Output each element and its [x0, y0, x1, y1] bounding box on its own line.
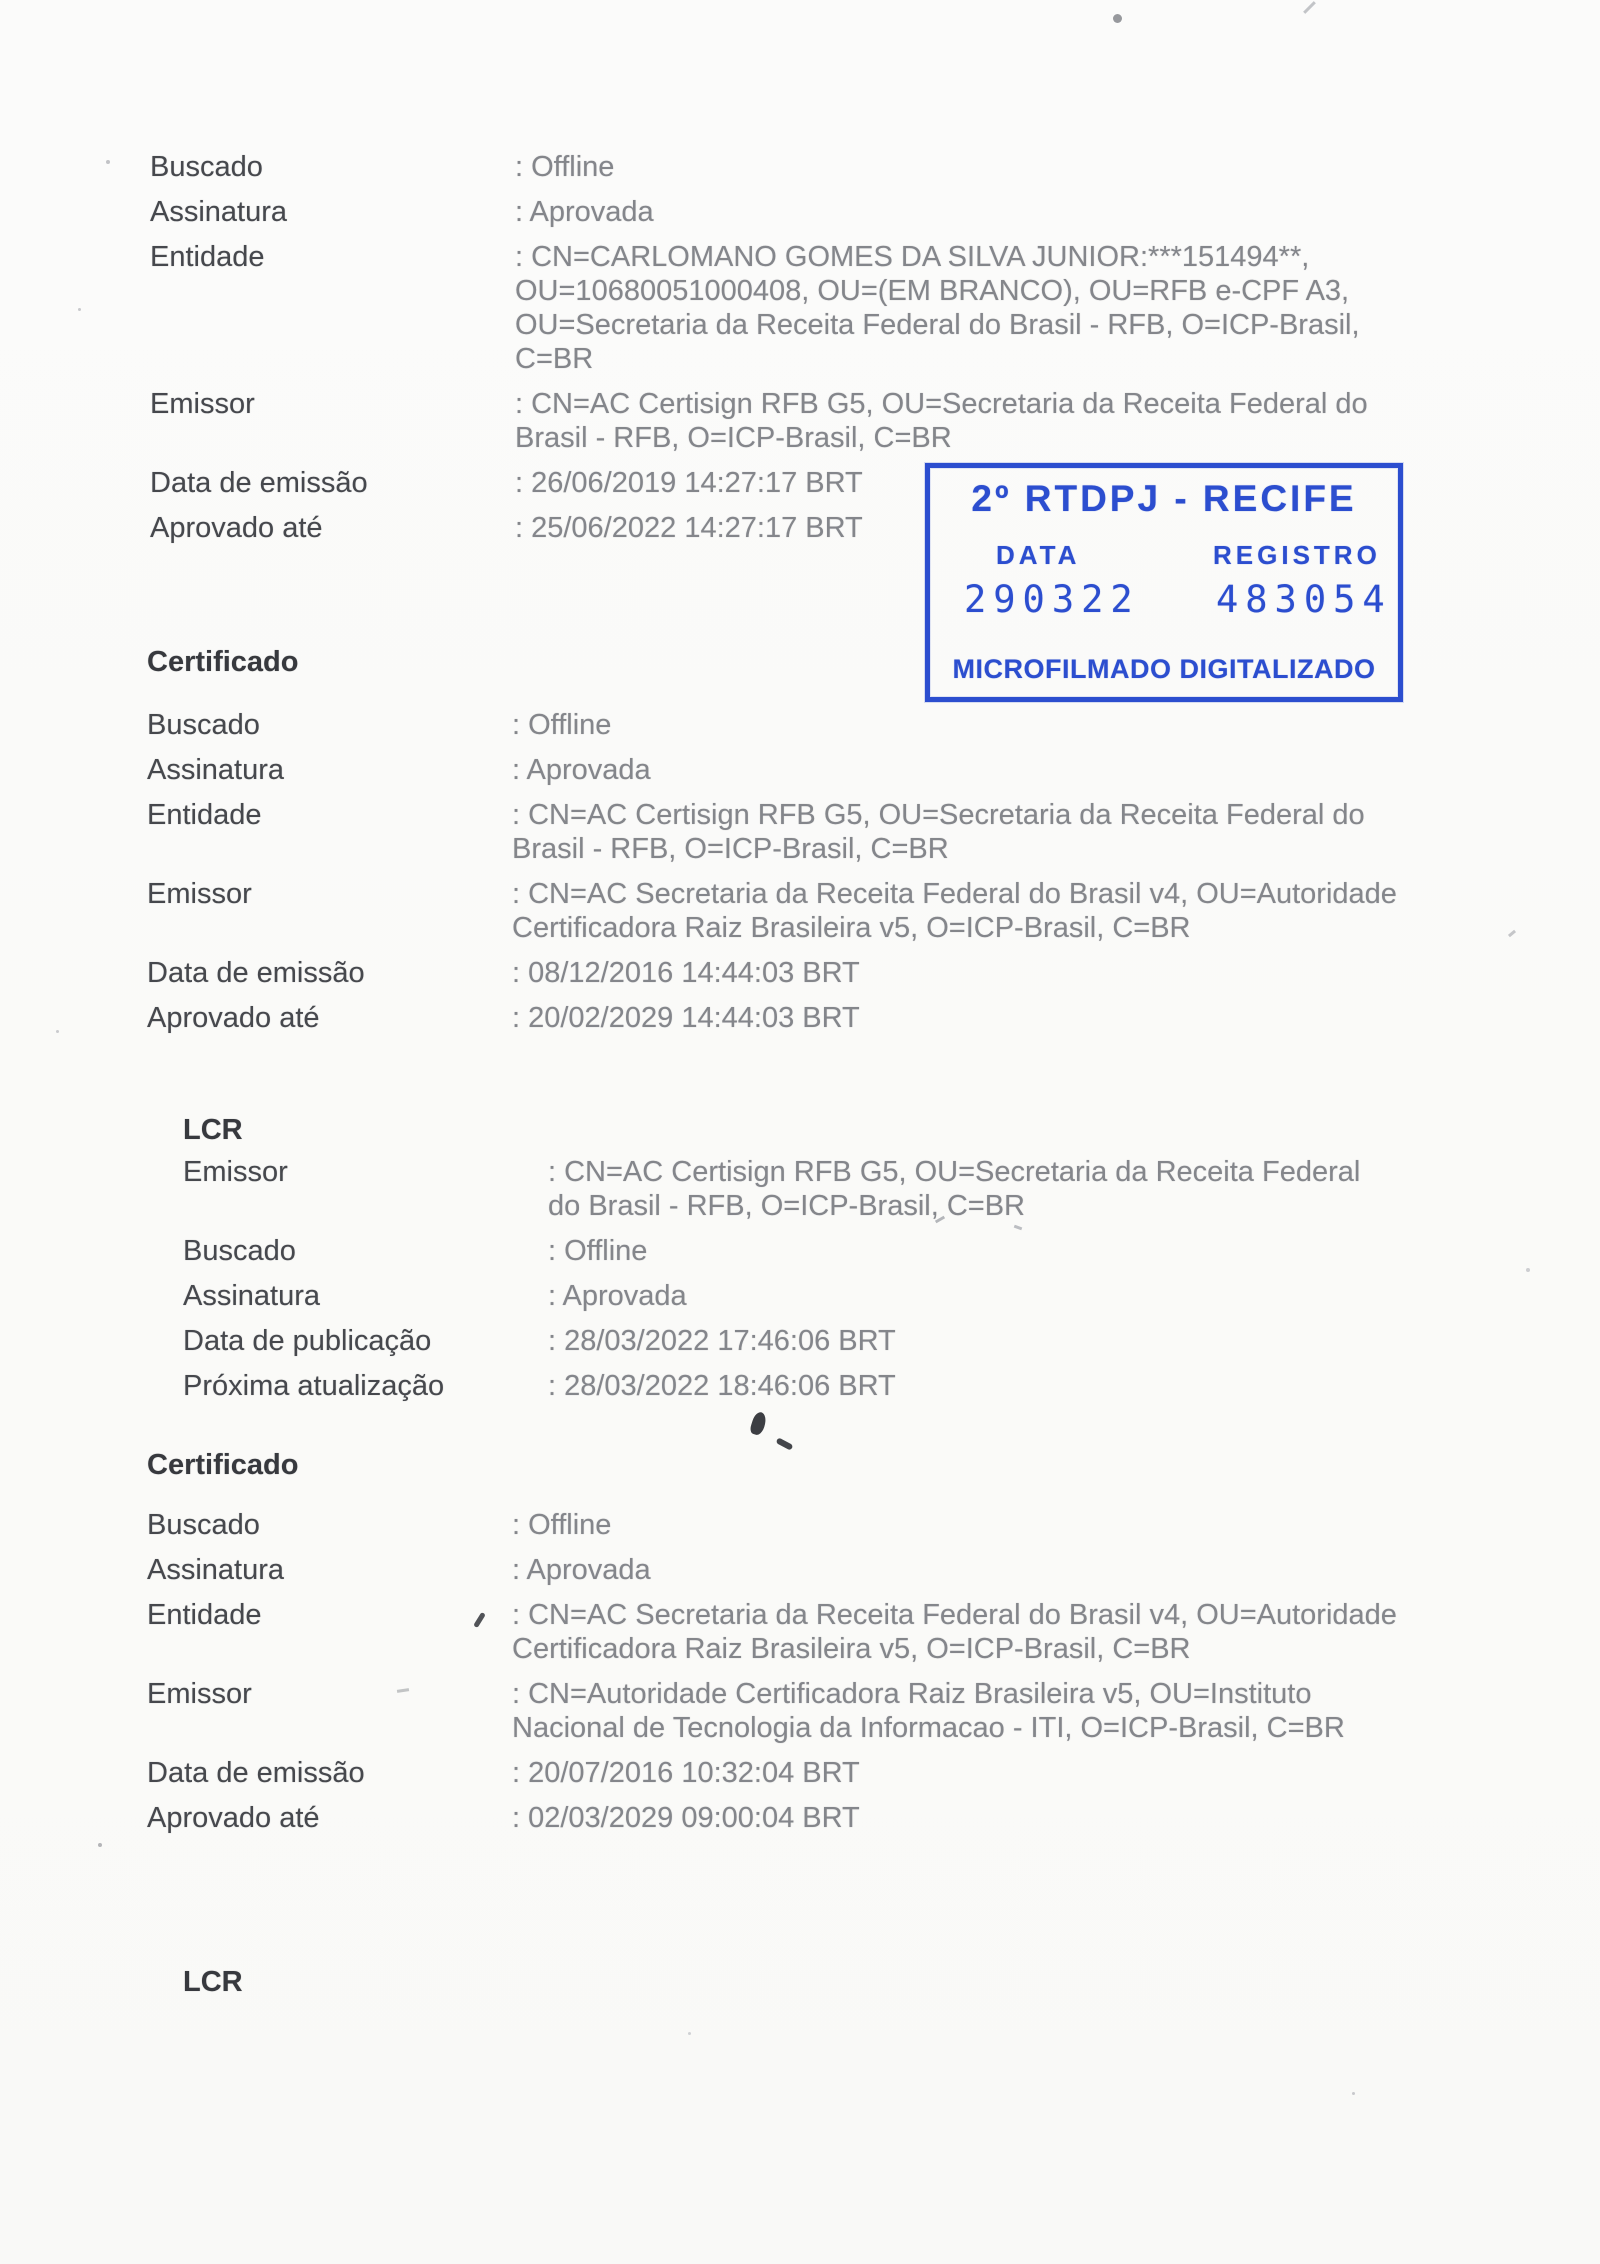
- field-row: Assinatura: Aprovada: [183, 1279, 1360, 1313]
- field-value: : 28/03/2022 18:46:06 BRT: [548, 1369, 896, 1403]
- field-label: Assinatura: [150, 195, 515, 229]
- field-value-line: Certificadora Raiz Brasileira v5, O=ICP-…: [512, 911, 1397, 945]
- field-value-line: do Brasil - RFB, O=ICP-Brasil, C=BR: [548, 1189, 1360, 1223]
- field-value: : Aprovada: [512, 1553, 651, 1587]
- field-label: Aprovado até: [150, 511, 515, 545]
- field-value-line: : CN=CARLOMANO GOMES DA SILVA JUNIOR:***…: [515, 240, 1360, 274]
- field-value-line: : Aprovada: [515, 195, 654, 229]
- field-row: Buscado: Offline: [147, 708, 1397, 742]
- field-label: Aprovado até: [147, 1001, 512, 1035]
- field-row: Próxima atualização: 28/03/2022 18:46:06…: [183, 1369, 1360, 1403]
- field-value: : CN=AC Secretaria da Receita Federal do…: [512, 877, 1397, 945]
- field-label: Buscado: [150, 150, 515, 184]
- field-label: Buscado: [147, 1508, 512, 1542]
- field-row: Entidade: CN=AC Secretaria da Receita Fe…: [147, 1598, 1397, 1666]
- scan-artifact: [98, 1843, 102, 1847]
- field-value: : 25/06/2022 14:27:17 BRT: [515, 511, 863, 545]
- field-value: : Aprovada: [515, 195, 654, 229]
- stamp-registro-value: 483054: [1216, 578, 1392, 621]
- field-value: : Aprovada: [548, 1279, 687, 1313]
- field-label: Entidade: [147, 798, 512, 832]
- field-value-line: : 02/03/2029 09:00:04 BRT: [512, 1801, 860, 1835]
- field-label: Emissor: [147, 877, 512, 911]
- field-label: Assinatura: [147, 1553, 512, 1587]
- field-label: Data de emissão: [147, 956, 512, 990]
- stamp-data-label: DATA: [996, 540, 1080, 571]
- field-value-line: : Offline: [512, 708, 611, 742]
- field-value: : Offline: [512, 708, 611, 742]
- field-row: Entidade: CN=AC Certisign RFB G5, OU=Sec…: [147, 798, 1397, 866]
- field-label: Emissor: [147, 1677, 512, 1711]
- field-value-line: : 20/07/2016 10:32:04 BRT: [512, 1756, 860, 1790]
- field-row: Aprovado até: 02/03/2029 09:00:04 BRT: [147, 1801, 1397, 1835]
- field-value: : 08/12/2016 14:44:03 BRT: [512, 956, 860, 990]
- field-row: Emissor: CN=Autoridade Certificadora Rai…: [147, 1677, 1397, 1745]
- field-value: : CN=AC Certisign RFB G5, OU=Secretaria …: [512, 798, 1365, 866]
- field-label: Aprovado até: [147, 1801, 512, 1835]
- stamp-registro-label: REGISTRO: [1213, 540, 1381, 571]
- field-value: : CN=AC Certisign RFB G5, OU=Secretaria …: [515, 387, 1368, 455]
- field-label: Próxima atualização: [183, 1369, 548, 1403]
- section-heading: LCR: [183, 1965, 243, 1999]
- field-value: : 20/02/2029 14:44:03 BRT: [512, 1001, 860, 1035]
- field-value: : Aprovada: [512, 753, 651, 787]
- field-row: Buscado: Offline: [150, 150, 1368, 184]
- section-heading: LCR: [183, 1113, 1360, 1147]
- field-label: Entidade: [147, 1598, 512, 1632]
- field-value-line: : Aprovada: [512, 753, 651, 787]
- field-row: Assinatura: Aprovada: [150, 195, 1368, 229]
- field-value-line: Certificadora Raiz Brasileira v5, O=ICP-…: [512, 1632, 1397, 1666]
- field-value: : Offline: [548, 1234, 647, 1268]
- field-row: Data de emissão: 20/07/2016 10:32:04 BRT: [147, 1756, 1397, 1790]
- scan-artifact: [1508, 930, 1516, 937]
- field-value: : 02/03/2029 09:00:04 BRT: [512, 1801, 860, 1835]
- field-row: Buscado: Offline: [147, 1508, 1397, 1542]
- field-value-line: : 20/02/2029 14:44:03 BRT: [512, 1001, 860, 1035]
- certificate-section-1: CertificadoBuscado: OfflineAssinatura: A…: [147, 645, 1397, 1046]
- field-value-line: Nacional de Tecnologia da Informacao - I…: [512, 1711, 1345, 1745]
- field-row: Emissor: CN=AC Certisign RFB G5, OU=Secr…: [150, 387, 1368, 455]
- stamp-title: 2º RTDPJ - RECIFE: [930, 478, 1398, 520]
- field-label: Data de emissão: [150, 466, 515, 500]
- field-value: : CN=AC Secretaria da Receita Federal do…: [512, 1598, 1397, 1666]
- certificate-section-2: CertificadoBuscado: OfflineAssinatura: A…: [147, 1448, 1397, 1846]
- field-value-line: : Offline: [548, 1234, 647, 1268]
- field-row: Data de publicação: 28/03/2022 17:46:06 …: [183, 1324, 1360, 1358]
- scan-artifact: [1526, 1268, 1530, 1272]
- section-heading: Certificado: [147, 1448, 1397, 1482]
- scan-artifact: [56, 1030, 59, 1033]
- field-label: Buscado: [147, 708, 512, 742]
- field-value: : CN=CARLOMANO GOMES DA SILVA JUNIOR:***…: [515, 240, 1360, 376]
- field-value-line: : 25/06/2022 14:27:17 BRT: [515, 511, 863, 545]
- field-row: Data de emissão: 08/12/2016 14:44:03 BRT: [147, 956, 1397, 990]
- field-value: : CN=AC Certisign RFB G5, OU=Secretaria …: [548, 1155, 1360, 1223]
- scan-artifact: [1303, 1, 1316, 14]
- scan-artifact: [106, 160, 110, 164]
- field-value-line: : CN=AC Certisign RFB G5, OU=Secretaria …: [512, 798, 1365, 832]
- scan-artifact: [78, 308, 81, 311]
- field-value-line: OU=Secretaria da Receita Federal do Bras…: [515, 308, 1360, 342]
- field-value: : Offline: [515, 150, 614, 184]
- field-label: Entidade: [150, 240, 515, 274]
- scan-artifact: [1352, 2092, 1355, 2095]
- field-value-line: OU=10680051000408, OU=(EM BRANCO), OU=RF…: [515, 274, 1360, 308]
- field-label: Data de emissão: [147, 1756, 512, 1790]
- field-label: Emissor: [150, 387, 515, 421]
- field-value-line: : 26/06/2019 14:27:17 BRT: [515, 466, 863, 500]
- field-row: Assinatura: Aprovada: [147, 753, 1397, 787]
- field-value-line: : CN=AC Certisign RFB G5, OU=Secretaria …: [515, 387, 1368, 421]
- field-value: : 20/07/2016 10:32:04 BRT: [512, 1756, 860, 1790]
- lcr-section-2: LCR: [183, 1965, 243, 1999]
- field-value-line: : Aprovada: [512, 1553, 651, 1587]
- field-value-line: : CN=AC Certisign RFB G5, OU=Secretaria …: [548, 1155, 1360, 1189]
- field-label: Buscado: [183, 1234, 548, 1268]
- field-value: : 28/03/2022 17:46:06 BRT: [548, 1324, 896, 1358]
- field-row: Entidade: CN=CARLOMANO GOMES DA SILVA JU…: [150, 240, 1368, 376]
- field-value-line: : 28/03/2022 17:46:06 BRT: [548, 1324, 896, 1358]
- field-label: Assinatura: [147, 753, 512, 787]
- field-row: Assinatura: Aprovada: [147, 1553, 1397, 1587]
- stamp-data-value: 290322: [964, 578, 1140, 621]
- field-value-line: : CN=AC Secretaria da Receita Federal do…: [512, 877, 1397, 911]
- field-value-line: : Aprovada: [548, 1279, 687, 1313]
- field-label: Assinatura: [183, 1279, 548, 1313]
- field-value-line: Brasil - RFB, O=ICP-Brasil, C=BR: [512, 832, 1365, 866]
- field-label: Emissor: [183, 1155, 548, 1189]
- lcr-section-1: LCREmissor: CN=AC Certisign RFB G5, OU=S…: [183, 1113, 1360, 1414]
- field-row: Emissor: CN=AC Certisign RFB G5, OU=Secr…: [183, 1155, 1360, 1223]
- field-value-line: : 28/03/2022 18:46:06 BRT: [548, 1369, 896, 1403]
- field-value: : Offline: [512, 1508, 611, 1542]
- field-value-line: C=BR: [515, 342, 1360, 376]
- field-row: Buscado: Offline: [183, 1234, 1360, 1268]
- notary-stamp: 2º RTDPJ - RECIFE DATA REGISTRO 290322 4…: [925, 463, 1403, 702]
- field-row: Aprovado até: 20/02/2029 14:44:03 BRT: [147, 1001, 1397, 1035]
- field-value-line: Brasil - RFB, O=ICP-Brasil, C=BR: [515, 421, 1368, 455]
- field-value-line: : Offline: [515, 150, 614, 184]
- field-value-line: : CN=Autoridade Certificadora Raiz Brasi…: [512, 1677, 1345, 1711]
- field-value-line: : 08/12/2016 14:44:03 BRT: [512, 956, 860, 990]
- scan-artifact: [1113, 14, 1122, 23]
- ink-mark: [749, 1411, 768, 1437]
- field-value: : CN=Autoridade Certificadora Raiz Brasi…: [512, 1677, 1345, 1745]
- field-value-line: : CN=AC Secretaria da Receita Federal do…: [512, 1598, 1397, 1632]
- field-label: Data de publicação: [183, 1324, 548, 1358]
- field-value: : 26/06/2019 14:27:17 BRT: [515, 466, 863, 500]
- field-row: Emissor: CN=AC Secretaria da Receita Fed…: [147, 877, 1397, 945]
- field-value-line: : Offline: [512, 1508, 611, 1542]
- scan-artifact: [688, 2032, 691, 2035]
- stamp-footer: MICROFILMADO DIGITALIZADO: [930, 654, 1398, 685]
- document-page: Buscado: OfflineAssinatura: AprovadaEnti…: [0, 0, 1600, 2264]
